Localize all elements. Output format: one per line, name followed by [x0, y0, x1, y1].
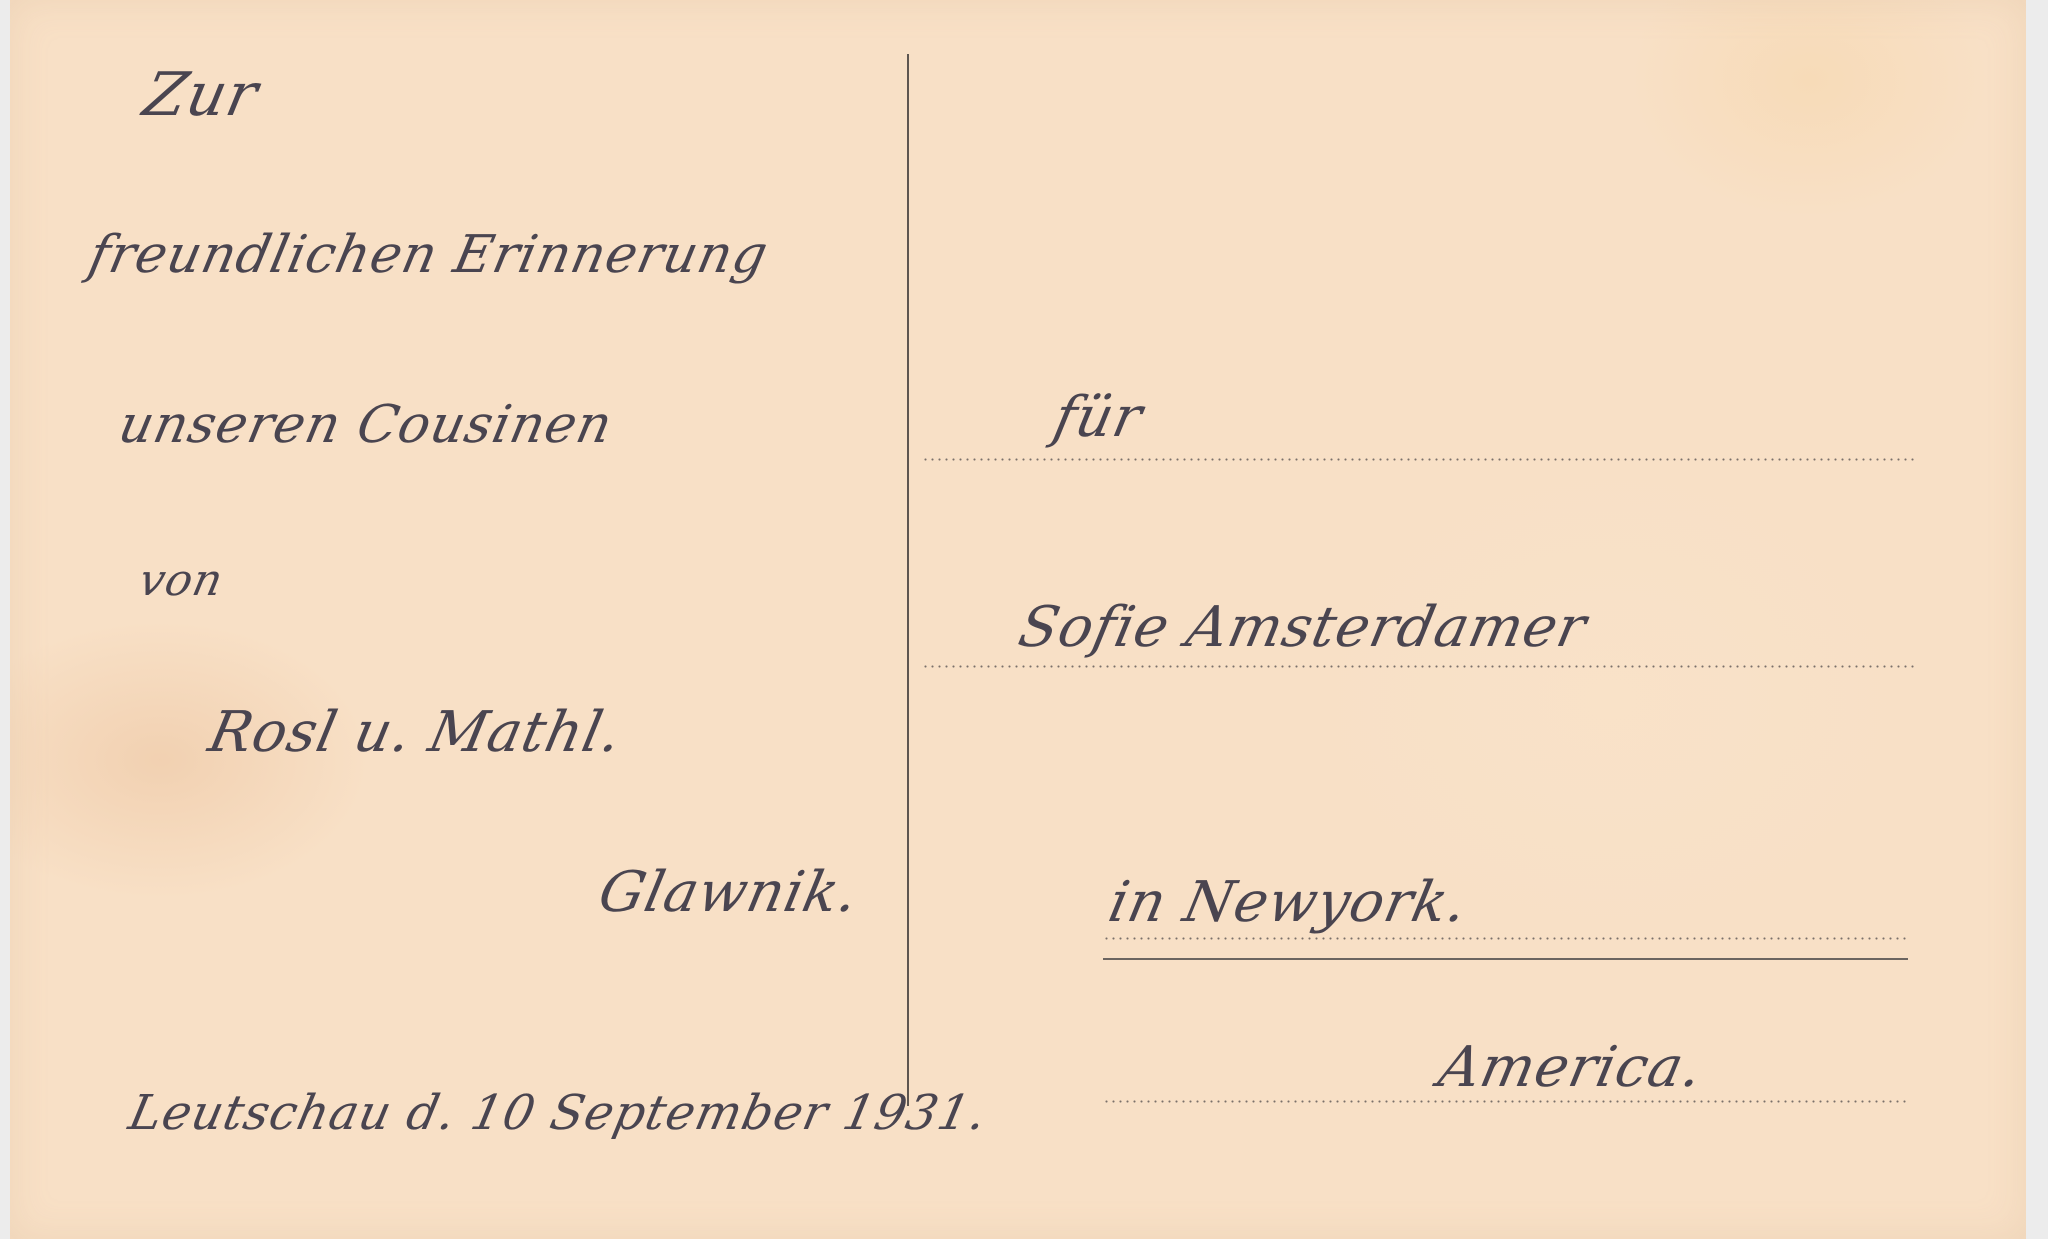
message-line-surname: Glawnik.	[593, 860, 865, 925]
postcard-back: Zur freundlichen Erinnerung unseren Cous…	[10, 0, 2026, 1239]
address-dotted-line-2	[922, 665, 1917, 668]
address-dotted-line-1	[922, 458, 1917, 461]
address-line-country: America.	[1433, 1035, 1709, 1100]
address-dotted-line-3	[1103, 937, 1908, 940]
message-line-von: von	[135, 555, 229, 606]
address-solid-line	[1103, 958, 1908, 960]
center-divider-line	[907, 54, 909, 1106]
address-dotted-line-4	[1103, 1100, 1908, 1103]
message-line-greeting: freundlichen Erinnerung	[84, 225, 774, 285]
address-line-recipient: Sofie Amsterdamer	[1013, 595, 1592, 660]
date-line: Leutschau d. 10 September 1931.	[124, 1085, 992, 1141]
message-line-cousins: unseren Cousinen	[114, 395, 619, 455]
message-line-zur: Zur	[138, 60, 265, 130]
message-line-senders: Rosl u. Mathl.	[203, 700, 628, 765]
address-line-city: in Newyork.	[1103, 870, 1474, 935]
address-line-fuer: für	[1048, 385, 1148, 450]
